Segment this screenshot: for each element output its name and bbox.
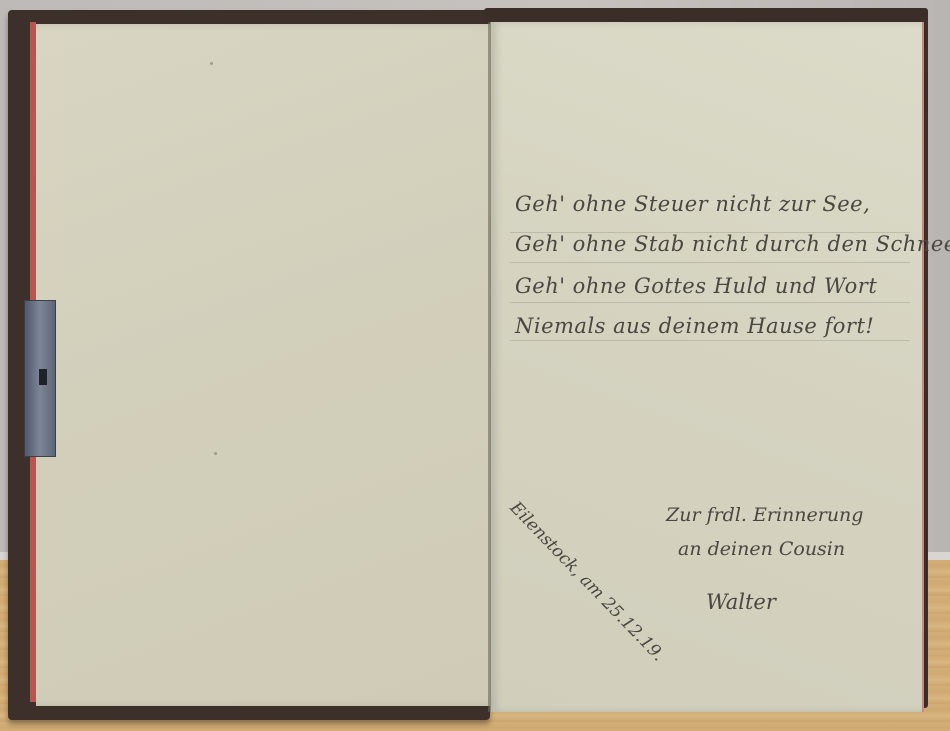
verse-line-3: Geh' ohne Gottes Huld und Wort bbox=[515, 274, 877, 298]
metal-clasp bbox=[24, 300, 56, 457]
verse-line-1: Geh' ohne Steuer nicht zur See, bbox=[515, 192, 870, 216]
signature: Walter bbox=[706, 590, 776, 614]
ruled-line bbox=[510, 302, 910, 303]
clasp-slot bbox=[39, 369, 47, 385]
book-gutter bbox=[488, 22, 491, 712]
ruled-line bbox=[510, 340, 910, 341]
ruled-line bbox=[510, 262, 910, 263]
dedication-line-1: Zur frdl. Erinnerung bbox=[666, 504, 863, 526]
dedication-line-2: an deinen Cousin bbox=[678, 538, 845, 560]
paper-spot bbox=[210, 62, 213, 65]
verse-line-2: Geh' ohne Stab nicht durch den Schnee, bbox=[515, 232, 950, 256]
verse-line-4: Niemals aus deinem Hause fort! bbox=[515, 314, 874, 338]
paper-spot bbox=[214, 452, 217, 455]
left-page bbox=[36, 24, 504, 706]
